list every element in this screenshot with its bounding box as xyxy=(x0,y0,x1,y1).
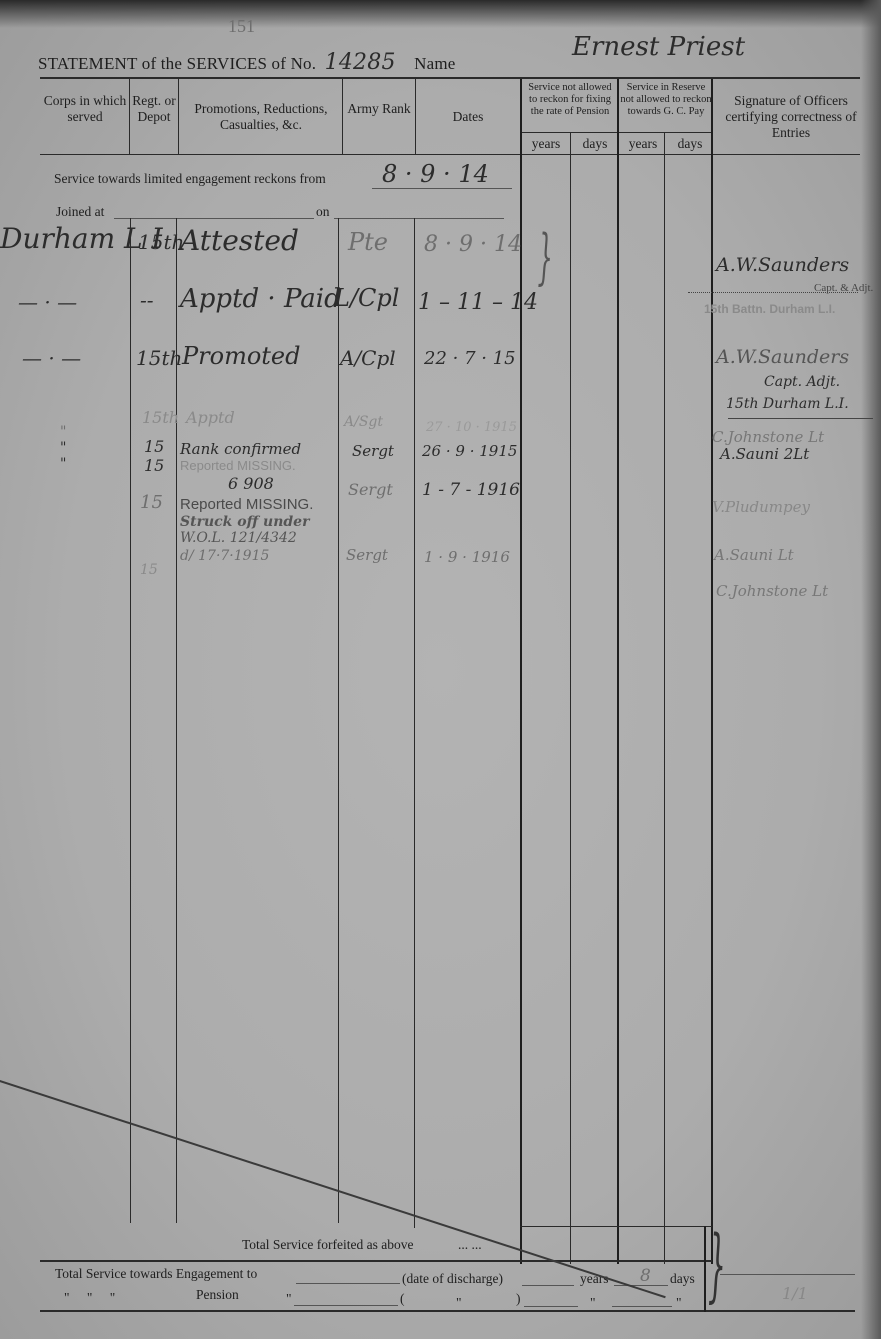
officer-unit: 15th Durham L.I. xyxy=(726,396,849,412)
entry-date: 26 · 9 · 1915 xyxy=(422,442,517,460)
stamp-reported-missing: Reported MISSING. xyxy=(180,496,313,513)
scan-edge-shadow xyxy=(0,0,881,28)
pension-years-underline xyxy=(524,1306,578,1307)
engagement-underline xyxy=(372,188,512,189)
corner-stamp: 151 xyxy=(228,16,255,37)
engagement-date: 8 · 9 · 14 xyxy=(382,160,489,188)
officer-signature: A.W.Saunders xyxy=(716,254,849,276)
pension-days-underline xyxy=(612,1306,672,1307)
service-number: 14285 xyxy=(325,50,396,75)
brace-icon: } xyxy=(708,1218,726,1311)
ditto-marks: " " " xyxy=(64,1290,115,1306)
ditto-mark: " xyxy=(456,1295,462,1311)
header-years-1: years xyxy=(522,136,570,152)
col-line-signature xyxy=(711,79,713,1264)
header-years-2: years xyxy=(620,136,666,152)
entry-regt: -- xyxy=(140,288,154,312)
engagement-total-label: Total Service towards Engagement to xyxy=(55,1266,257,1282)
header-days-1: days xyxy=(572,136,618,152)
entry-corps: — · — xyxy=(22,346,81,370)
entry-regt: 15 xyxy=(144,456,164,475)
forfeited-dots: ... ... xyxy=(458,1237,482,1253)
paren-open: ( xyxy=(400,1291,405,1307)
forfeit-rule xyxy=(520,1226,712,1227)
officer-title: Capt. & Adjt. xyxy=(814,282,873,294)
entry-event: d/ 17·7·1915 xyxy=(180,548,269,564)
entry-event: Apptd · Paid xyxy=(180,284,341,314)
entry-rank: A/Cpl xyxy=(340,346,396,370)
ditto-mark: " xyxy=(676,1295,682,1311)
service-record-page: 151 STATEMENT of the SERVICES of No. 142… xyxy=(0,0,881,1339)
col-line-reserve-days xyxy=(664,132,665,1264)
on-label: on xyxy=(316,204,330,220)
officer-signature: A.Sauni 2Lt xyxy=(720,445,809,463)
ditto-mark: " xyxy=(590,1295,596,1311)
entry-date: 1 – 11 – 14 xyxy=(418,290,538,315)
col-line-regt xyxy=(130,218,131,1223)
pension-label: Pension xyxy=(196,1287,239,1303)
entry-date: 22 · 7 · 15 xyxy=(424,348,516,369)
entry-regt: 15 xyxy=(140,562,158,578)
entry-rank: A/Sgt xyxy=(344,414,383,430)
entry-rank: L/Cpl xyxy=(334,284,399,312)
header-regt: Regt. or Depot xyxy=(130,93,178,125)
document-title: STATEMENT of the SERVICES of No. 14285 N… xyxy=(38,50,456,75)
entry-event: Promoted xyxy=(182,342,301,370)
entry-date: 1 · 9 · 1916 xyxy=(424,548,510,566)
pension-underline xyxy=(294,1305,398,1306)
joined-underline xyxy=(114,218,314,219)
years-underline xyxy=(522,1285,574,1286)
officer-signature: A.W.Saunders xyxy=(716,346,849,368)
entry-rank: Pte xyxy=(348,228,388,256)
col-line-rank xyxy=(338,218,339,1223)
col-divider xyxy=(178,79,179,154)
entry-rank: Sergt xyxy=(352,442,394,460)
entry-regt: 15 xyxy=(140,492,163,513)
header-pension-group: Service not allowed to reckon for fixing… xyxy=(523,82,617,118)
entry-date: 27 · 10 · 1915 xyxy=(426,420,517,435)
header-days-2: days xyxy=(667,136,713,152)
days-label: days xyxy=(670,1271,695,1287)
col-line-reserve xyxy=(617,79,619,1264)
entry-event: Struck off under xyxy=(180,514,309,530)
header-bottom-rule xyxy=(40,154,860,155)
bracket-icon: } xyxy=(537,222,552,292)
header-promotions: Promotions, Reductions, Casualties, &c. xyxy=(180,101,342,133)
officer-signature: V.Pludumpey xyxy=(712,498,810,516)
entry-corps: " xyxy=(60,440,66,456)
entry-regt: 15 xyxy=(144,437,164,456)
col-line-dates xyxy=(414,218,415,1228)
entry-event: Attested xyxy=(180,224,299,257)
header-top-rule xyxy=(40,77,860,79)
footer-divider xyxy=(704,1226,706,1312)
joined-label: Joined at xyxy=(56,204,104,220)
entry-corps: " xyxy=(60,424,66,440)
forfeited-label: Total Service forfeited as above xyxy=(242,1237,413,1253)
engagement-total-underline xyxy=(296,1283,400,1284)
entry-event: 6 908 xyxy=(228,474,274,493)
battalion-stamp: 15th Battn. Durham L.I. xyxy=(704,302,835,316)
header-rank: Army Rank xyxy=(343,101,415,117)
entry-rank: Sergt xyxy=(348,480,393,499)
entry-date: 8 · 9 · 14 xyxy=(424,232,522,257)
entry-corps: — · — xyxy=(18,290,77,314)
header-signature: Signature of Officers certifying correct… xyxy=(716,93,866,141)
entry-rank: Sergt xyxy=(346,546,388,564)
officer-signature: C.Johnstone Lt xyxy=(712,428,824,446)
header-reserve-group: Service in Reserve not allowed to reckon… xyxy=(620,82,712,118)
officer-signature: C.Johnstone Lt xyxy=(716,582,828,600)
ditto-mark: " xyxy=(286,1291,292,1307)
entry-event: Apptd xyxy=(186,408,235,427)
officer-title: Capt. Adjt. xyxy=(764,374,840,390)
entry-regt: 15th xyxy=(136,346,182,370)
paren-close: ) xyxy=(516,1291,521,1307)
engagement-label: Service towards limited engagement recko… xyxy=(54,171,326,187)
col-line-pension-days xyxy=(570,132,571,1264)
stamp-reported-missing: Reported MISSING. xyxy=(180,458,296,473)
total-top-rule xyxy=(40,1260,712,1262)
on-underline xyxy=(334,218,504,219)
header-corps: Corps in which served xyxy=(42,93,128,125)
corner-note: 1/1 xyxy=(782,1284,808,1303)
scan-edge-shadow-right xyxy=(861,0,881,1339)
entry-regt: 15th xyxy=(142,408,179,427)
entry-regt: 15th xyxy=(138,230,184,254)
header-dates: Dates xyxy=(416,109,520,125)
entry-event: Rank confirmed xyxy=(180,440,301,458)
entry-corps: " xyxy=(60,456,66,472)
officer-signature: A.Sauni Lt xyxy=(714,546,794,564)
date-of-discharge-label: (date of discharge) xyxy=(402,1271,503,1287)
title-prefix: STATEMENT of the SERVICES of No. xyxy=(38,54,316,73)
signature-underline xyxy=(728,418,873,419)
entry-date: 1 - 7 - 1916 xyxy=(422,480,520,500)
name-label: Name xyxy=(414,54,455,73)
total-bottom-rule xyxy=(40,1310,855,1312)
signature-total-underline xyxy=(720,1274,855,1275)
soldier-name: Ernest Priest xyxy=(572,32,745,62)
days-value: 8 xyxy=(640,1266,651,1286)
entry-event: W.O.L. 121/4342 xyxy=(180,530,297,546)
